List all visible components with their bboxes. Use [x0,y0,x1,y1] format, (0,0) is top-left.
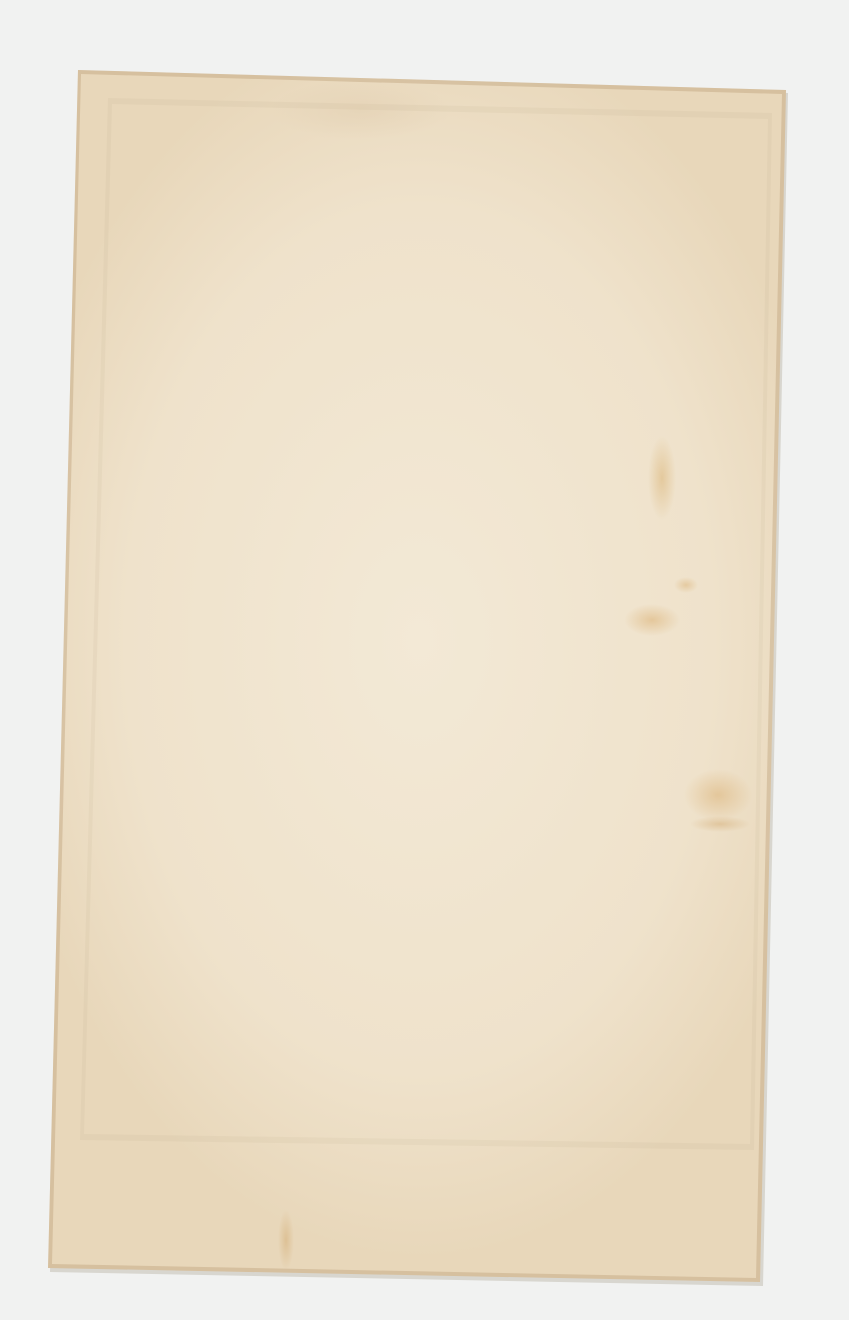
card-text-area [0,0,849,1320]
